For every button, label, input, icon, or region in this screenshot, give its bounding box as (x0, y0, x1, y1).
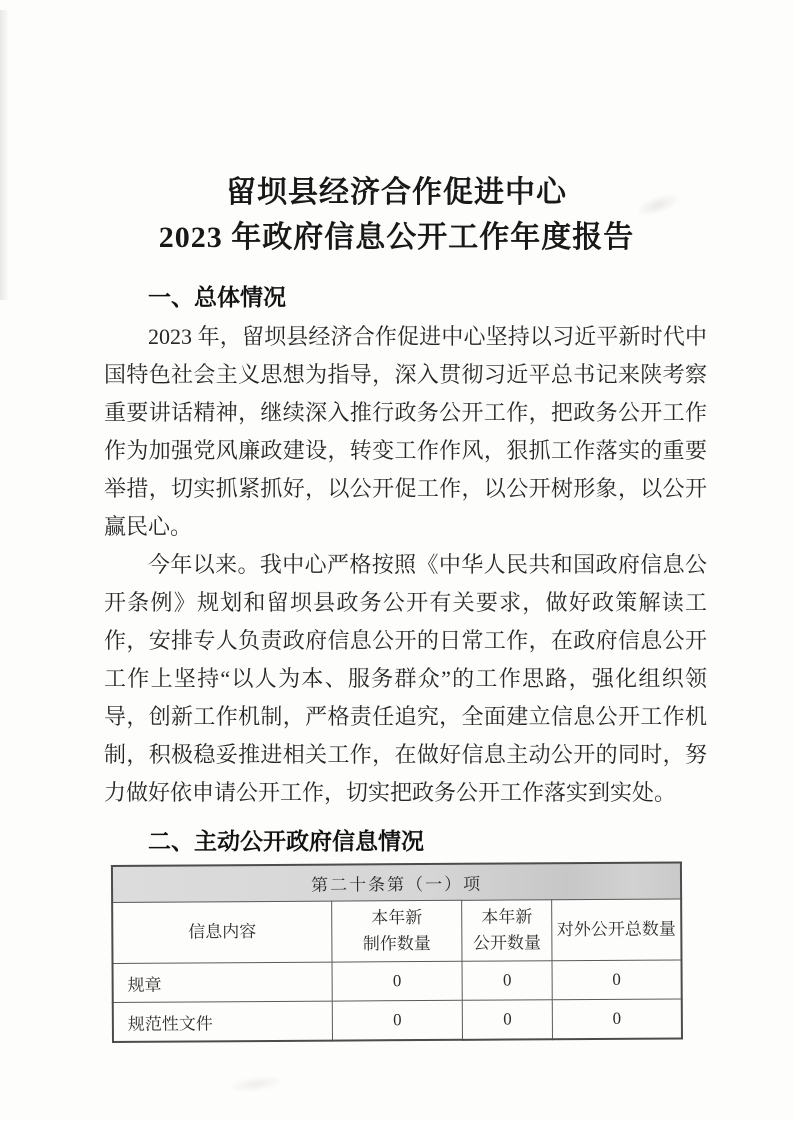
row-label: 规章 (113, 962, 332, 1002)
table-band-row: 第二十条第（一）项 (112, 862, 681, 902)
column-header-info-content: 信息内容 (112, 901, 332, 963)
document-title-line2: 2023 年政府信息公开工作年度报告 (0, 215, 793, 260)
cell-value: 0 (462, 1000, 552, 1040)
disclosure-table: 第二十条第（一）项 信息内容 本年新 制作数量 本年新 公开数量 对外公开总数量… (111, 861, 683, 1042)
scan-artifact-smudge-bottom (227, 1072, 285, 1096)
cell-value: 0 (332, 1000, 463, 1040)
scanned-document-page: 留坝县经济合作促进中心 2023 年政府信息公开工作年度报告 一、总体情况 20… (0, 0, 793, 1121)
document-body: 一、总体情况 2023 年，留坝县经济合作促进中心坚持以习近平新时代中国特色社会… (104, 282, 707, 1043)
section1-heading: 一、总体情况 (148, 282, 707, 312)
document-title: 留坝县经济合作促进中心 2023 年政府信息公开工作年度报告 (0, 0, 793, 260)
section1-paragraph1: 2023 年，留坝县经济合作促进中心坚持以习近平新时代中国特色社会主义思想为指导… (104, 318, 707, 546)
cell-value: 0 (332, 961, 463, 1001)
cell-value: 0 (552, 999, 682, 1039)
row-label: 规范性文件 (113, 1001, 332, 1042)
table-row-normative-documents: 规范性文件 0 0 0 (113, 999, 682, 1042)
cell-value: 0 (552, 960, 682, 1000)
column-header-new-published: 本年新 公开数量 (462, 900, 552, 962)
scan-artifact-left-edge (0, 10, 9, 300)
section2-heading: 二、主动公开政府信息情况 (148, 826, 707, 856)
table-row-rules: 规章 0 0 0 (113, 960, 682, 1002)
disclosure-table-wrap: 第二十条第（一）项 信息内容 本年新 制作数量 本年新 公开数量 对外公开总数量… (103, 861, 707, 1043)
table-band-title: 第二十条第（一）项 (112, 862, 681, 902)
column-header-new-made: 本年新 制作数量 (331, 900, 462, 962)
column-header-total-public: 对外公开总数量 (552, 899, 682, 961)
table-header-row: 信息内容 本年新 制作数量 本年新 公开数量 对外公开总数量 (112, 899, 681, 963)
section1-paragraph2: 今年以来。我中心严格按照《中华人民共和国政府信息公开条例》规划和留坝县政务公开有… (104, 546, 707, 812)
cell-value: 0 (462, 961, 552, 1001)
